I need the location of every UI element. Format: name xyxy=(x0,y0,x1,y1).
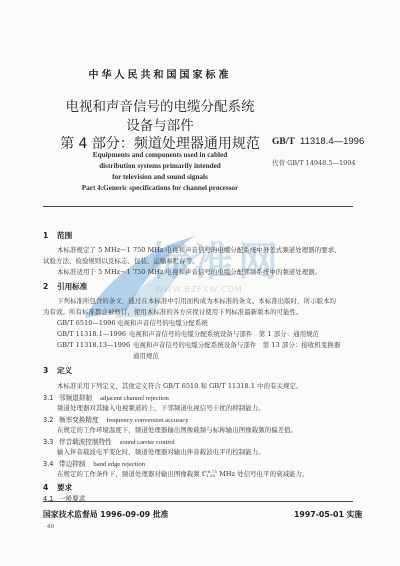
section-number: 4 xyxy=(43,483,57,492)
reference-title: 电视和声音信号的电缆分配系统 xyxy=(117,319,208,327)
definition-3-4-heading: 3.4带边抑制band edge rejection xyxy=(43,458,145,468)
standard-number: GB/T 11318.4—1996 xyxy=(272,136,364,147)
definition-3-1-heading: 3.1邻频道抑制adjacent channel rejection xyxy=(43,392,169,402)
reference-item: GB/T 6510—1996电视和声音信号的电缆分配系统 xyxy=(57,318,208,327)
gb-prefix: GB/T xyxy=(272,137,295,147)
definition-term-en: band edge rejection xyxy=(93,461,145,468)
definition-term-en: frequency conversion accuracy xyxy=(107,417,189,424)
approval-date: 国家技术监督局 1996-09-09 批准 xyxy=(43,509,168,520)
definition-term-en: sound carrier control xyxy=(120,439,175,446)
gb-number: 11318.4—1996 xyxy=(300,136,364,147)
frequency-offset-fraction: +6.75-1.25 xyxy=(204,470,217,478)
definition-3-1-text: 频道处理器对其输入电视频道的上、下邻频道电视信号干扰的抑制能力。 xyxy=(57,403,265,412)
reference-code: GB/T 11318.1—1996 xyxy=(57,330,129,338)
english-title-line-3: for television and sound signals xyxy=(0,173,320,181)
reference-code: GB/T 11318.13—1996 xyxy=(57,341,133,349)
section-title: 引用标准 xyxy=(57,282,87,291)
section-1-para-1-cont: 试验方法、检验规则以及标志、包装、运输和贮存等。 xyxy=(43,256,199,265)
section-2-para-1: 下列标准所包含的条文，通过在本标准中引用而构成为本标准的条文。本标准出版时，所示… xyxy=(57,296,336,305)
definition-3-4-text: 在规定的工作条件下，频道处理器对输出图像载频 f+6.75-1.25 MHz 处… xyxy=(57,469,309,478)
header-divider xyxy=(43,206,353,207)
section-1-heading: 1范围 xyxy=(43,230,72,241)
definition-term: 频率变换精度 xyxy=(59,416,99,424)
reference-code: GB/T 6510—1996 xyxy=(57,319,117,327)
definition-number: 3.1 xyxy=(43,394,59,402)
reference-item: GB/T 11318.1—1996电视和声音信号的电缆分配系统设备与部件 第 1… xyxy=(57,329,319,338)
fraction-bottom: -1.25 xyxy=(204,474,217,478)
section-number: 3 xyxy=(43,366,57,375)
reference-title: 电视和声音信号的电缆分配系统设备与部件 第 13 部分：接收机变换器 xyxy=(133,341,340,349)
definition-number: 3.2 xyxy=(43,416,59,424)
document-title-line-1: 电视和声音信号的电缆分配系统 xyxy=(0,95,320,115)
section-1-para-1: 本标准规定了 5 MHz～1 750 MHz 电视和声音信号的电缆分配系统中外差… xyxy=(57,245,341,254)
definition-term-en: adjacent channel rejection xyxy=(100,395,169,402)
section-number: 2 xyxy=(43,282,57,291)
page-number: 40 xyxy=(47,524,54,530)
reference-title: 电视和声音信号的电缆分配系统设备与部件 第 1 部分：通用规范 xyxy=(129,330,319,338)
definition-3-2-heading: 3.2频率变换精度frequency conversion accuracy xyxy=(43,414,189,424)
definition-3-2-text: 在规定的工作环境温度下，频道处理器输出图像载频与标称输出图像载频的偏差值。 xyxy=(57,425,297,434)
definition-term: 带边抑制 xyxy=(59,460,85,468)
english-title-line-4: Part 4:Generic specifications for channe… xyxy=(0,184,320,192)
reference-item: GB/T 11318.13—1996电视和声音信号的电缆分配系统设备与部件 第 … xyxy=(57,340,340,349)
section-4-heading: 4要求 xyxy=(43,482,72,493)
section-3-heading: 3定义 xyxy=(43,365,72,376)
watermark-url: WWW.BZFXW.COM xyxy=(155,285,243,294)
section-title: 范围 xyxy=(57,231,72,240)
footer-divider xyxy=(43,501,353,502)
definition-text-pre: 在规定的工作条件下，频道处理器对输出图像载频 f xyxy=(57,470,204,478)
section-3-intro: 本标准采用下列定义，其他定义符合 GB/T 6510 和 GB/T 11318.… xyxy=(57,381,303,390)
section-2-para-1-cont: 为有效。所有标准都会被修订，使用本标准的各方应探讨使用下列标准最新版本的可能性。 xyxy=(43,307,303,316)
implementation-date: 1997-05-01 实施 xyxy=(294,509,362,520)
document-title-line-2: 设备与部件 xyxy=(0,114,320,134)
reference-title-cont: 通用规范 xyxy=(133,351,159,360)
standard-type-heading: 中华人民共和国国家标准 xyxy=(0,66,320,81)
definition-3-3-text: 输入伴音载波电平变化时，频道处理器对输出伴音载波电平的控制能力。 xyxy=(57,447,265,456)
definition-number: 3.3 xyxy=(43,438,59,446)
definition-3-3-heading: 3.3伴音载波控制特性sound carrier control xyxy=(43,436,175,446)
section-1-para-2: 本标准适用于 5 MHz～1 750 MHz 电视和声音信号的电缆分配邻频系统中… xyxy=(57,267,321,276)
section-title: 要求 xyxy=(57,483,72,492)
english-title-line-1: Equipments and components used in cabled xyxy=(0,151,320,159)
definition-number: 3.4 xyxy=(43,460,59,468)
definition-text-post: MHz 处信号电平的衰减能力。 xyxy=(217,470,308,478)
english-title-line-2: distribution systems primarily intended xyxy=(0,162,320,170)
section-number: 1 xyxy=(43,231,57,240)
section-2-heading: 2引用标准 xyxy=(43,281,87,292)
definition-term: 邻频道抑制 xyxy=(59,394,92,402)
definition-term: 伴音载波控制特性 xyxy=(59,438,112,446)
section-title: 定义 xyxy=(57,366,72,375)
